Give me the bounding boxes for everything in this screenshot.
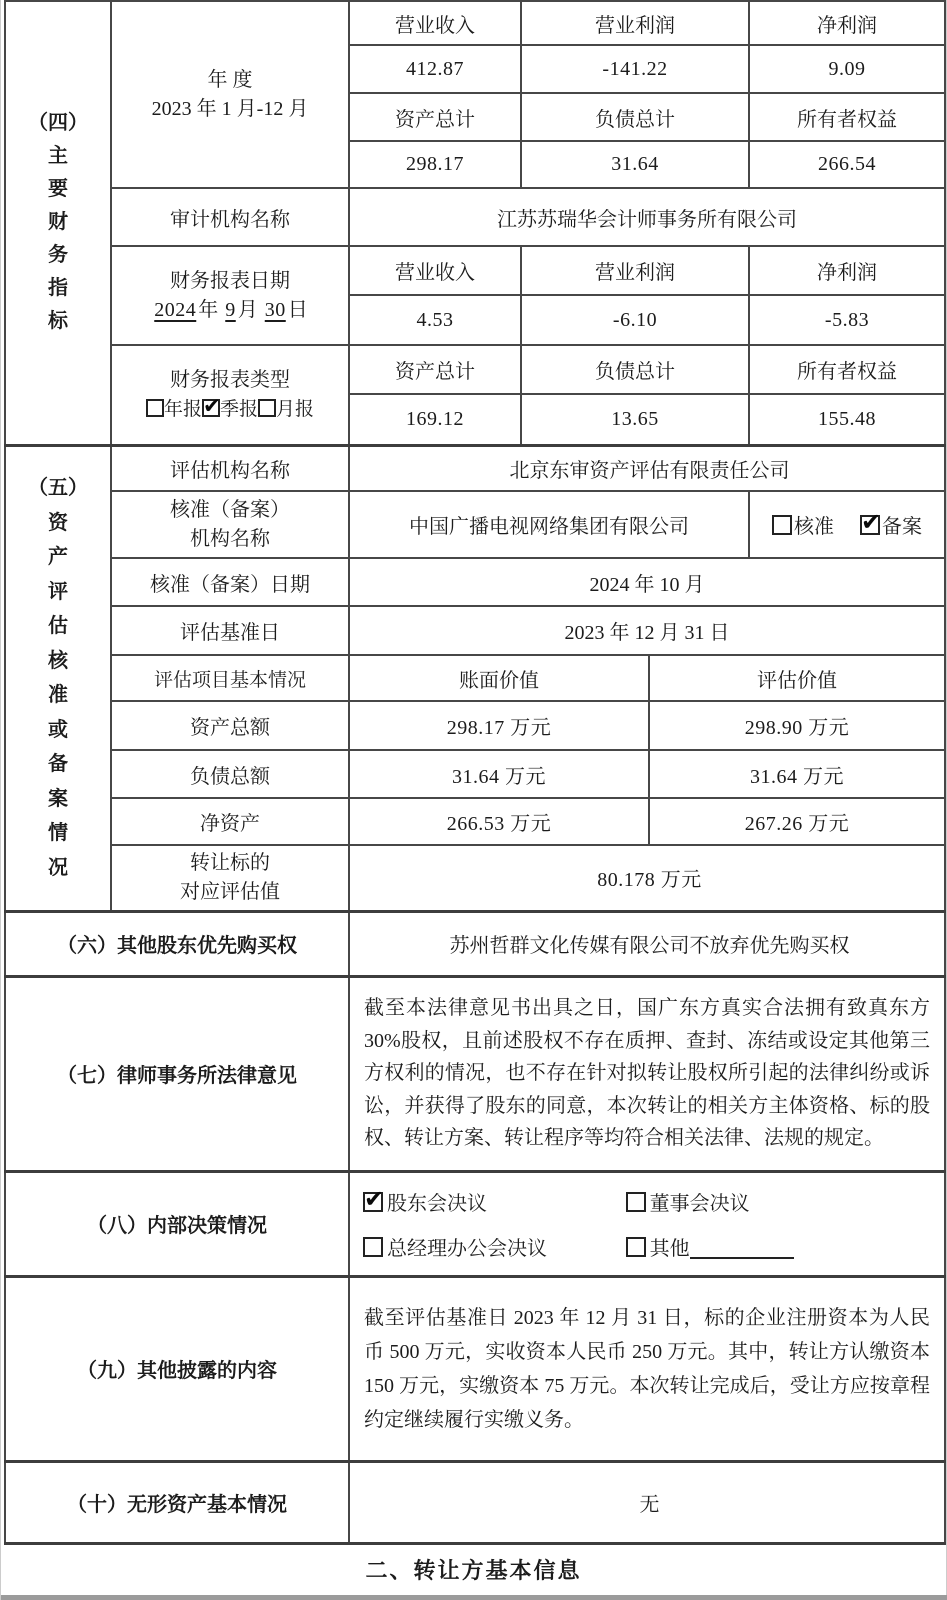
- decision-option-gm-office: 总经理办公会决议: [363, 1232, 626, 1261]
- annual-net-profit-value: 9.09: [749, 45, 945, 93]
- monthly-report-option-label: 月报: [276, 399, 314, 420]
- section6-value: 苏州哲群文化传媒有限公司不放弃优先购买权: [349, 911, 945, 976]
- valuation-base-date-value: 2023 年 12 月 31 日: [349, 606, 945, 655]
- annual-revenue-value: 412.87: [349, 45, 521, 93]
- section10-label: （十）无形资产基本情况: [5, 1461, 349, 1543]
- section6-label: （六）其他股东优先购买权: [5, 911, 349, 976]
- approval-date-label: 核准（备案）日期: [111, 558, 349, 606]
- section4-label-text: （四） 主 要 财 务 指 标: [6, 107, 110, 338]
- section9-label: （九）其他披露的内容: [5, 1276, 349, 1461]
- report-date-value: 2024年 9月 30日: [112, 296, 348, 325]
- annual-operating-profit-value: -141.22: [521, 45, 749, 93]
- beian-checkbox[interactable]: [860, 515, 880, 535]
- assessed-value-header: 评估价值: [649, 655, 945, 701]
- total-liabilities-row-label: 负债总额: [111, 750, 349, 798]
- header-revenue: 营业收入: [349, 1, 521, 45]
- total-assets-assessed-value: 298.90 万元: [649, 701, 945, 750]
- transfer-target-label: 转让标的 对应评估值: [111, 845, 349, 911]
- interim-owners-equity-value: 155.48: [749, 394, 945, 445]
- total-liabilities-assessed-value: 31.64 万元: [649, 750, 945, 798]
- audit-agency-label: 审计机构名称: [111, 188, 349, 246]
- annual-total-assets-value: 298.17: [349, 141, 521, 188]
- header-owners-equity: 所有者权益: [749, 93, 945, 141]
- annual-report-option-label: 年报: [164, 399, 202, 420]
- other-blank-line: [690, 1239, 794, 1259]
- report-date-cell: 财务报表日期 2024年 9月 30日: [111, 246, 349, 345]
- header-operating-profit-2: 营业利润: [521, 246, 749, 295]
- decision-option-board: 董事会决议: [626, 1187, 934, 1216]
- section10-value: 无: [349, 1461, 945, 1543]
- approval-date-value: 2024 年 10 月: [349, 558, 945, 606]
- total-assets-book-value: 298.17 万元: [349, 701, 649, 750]
- annual-period-line2: 2023 年 1 月-12 月: [112, 95, 348, 124]
- document-page: （四） 主 要 财 务 指 标 年 度 2023 年 1 月-12 月 营业收入…: [0, 0, 947, 1600]
- header-total-assets-2: 资产总计: [349, 345, 521, 394]
- section8-label: （八）内部决策情况: [5, 1171, 349, 1276]
- interim-operating-profit-value: -6.10: [521, 295, 749, 345]
- approval-org-label: 核准（备案） 机构名称: [111, 491, 349, 558]
- annual-report-checkbox[interactable]: [146, 399, 164, 417]
- annual-period-cell: 年 度 2023 年 1 月-12 月: [111, 1, 349, 188]
- monthly-report-checkbox[interactable]: [258, 399, 276, 417]
- header-revenue-2: 营业收入: [349, 246, 521, 295]
- report-type-label: 财务报表类型: [112, 366, 348, 395]
- appraisal-agency-label: 评估机构名称: [111, 445, 349, 491]
- report-type-cell: 财务报表类型 年报季报月报: [111, 345, 349, 445]
- audit-agency-value: 江苏苏瑞华会计师事务所有限公司: [349, 188, 945, 246]
- annual-owners-equity-value: 266.54: [749, 141, 945, 188]
- other-resolution-checkbox[interactable]: [626, 1237, 646, 1257]
- decision-options: 股东会决议 董事会决议 总经理办公会决议 其他: [350, 1173, 944, 1275]
- other-disclosure-text: 截至评估基准日 2023 年 12 月 31 日，标的企业注册资本为人民币 50…: [350, 1291, 944, 1447]
- approval-org-value: 中国广播电视网络集团有限公司: [349, 491, 749, 558]
- section5-label-text: （五） 资 产 评 估 核 准 或 备 案 情 况: [6, 471, 110, 885]
- section5-number: （五）: [28, 471, 88, 506]
- header-total-assets: 资产总计: [349, 93, 521, 141]
- header-total-liabilities-2: 负债总计: [521, 345, 749, 394]
- quarterly-report-checkbox[interactable]: [202, 399, 220, 417]
- report-year: 2024: [152, 299, 198, 321]
- gm-office-resolution-checkbox[interactable]: [363, 1237, 383, 1257]
- next-section-title: 二、转让方基本信息: [1, 1545, 946, 1595]
- header-operating-profit: 营业利润: [521, 1, 749, 45]
- board-resolution-checkbox[interactable]: [626, 1192, 646, 1212]
- disclosure-table: （四） 主 要 财 务 指 标 年 度 2023 年 1 月-12 月 营业收入…: [4, 0, 946, 1545]
- total-liabilities-book-value: 31.64 万元: [349, 750, 649, 798]
- approval-type-cell: 核准备案: [749, 491, 945, 558]
- header-total-liabilities: 负债总计: [521, 93, 749, 141]
- appraisal-agency-value: 北京东审资产评估有限责任公司: [349, 445, 945, 491]
- header-net-profit: 净利润: [749, 1, 945, 45]
- net-assets-book-value: 266.53 万元: [349, 798, 649, 845]
- section4-label: （四） 主 要 财 务 指 标: [5, 1, 111, 445]
- decision-option-shareholders: 股东会决议: [363, 1187, 626, 1216]
- report-date-label: 财务报表日期: [112, 267, 348, 296]
- section7-value-cell: 截至本法律意见书出具之日，国广东方真实合法拥有致真东方 30%股权，且前述股权不…: [349, 976, 945, 1171]
- section9-value-cell: 截至评估基准日 2023 年 12 月 31 日，标的企业注册资本为人民币 50…: [349, 1276, 945, 1461]
- net-assets-row-label: 净资产: [111, 798, 349, 845]
- hezhun-option-label: 核准: [794, 516, 834, 538]
- interim-net-profit-value: -5.83: [749, 295, 945, 345]
- section8-options-cell: 股东会决议 董事会决议 总经理办公会决议 其他: [349, 1171, 945, 1276]
- report-day: 30: [263, 299, 288, 321]
- section5-label: （五） 资 产 评 估 核 准 或 备 案 情 况: [5, 445, 111, 911]
- valuation-items-label: 评估项目基本情况: [111, 655, 349, 701]
- quarterly-report-option-label: 季报: [220, 399, 258, 420]
- annual-period-line1: 年 度: [112, 66, 348, 95]
- interim-total-assets-value: 169.12: [349, 394, 521, 445]
- header-owners-equity-2: 所有者权益: [749, 345, 945, 394]
- interim-total-liabilities-value: 13.65: [521, 394, 749, 445]
- shareholders-resolution-checkbox[interactable]: [363, 1192, 383, 1212]
- book-value-header: 账面价值: [349, 655, 649, 701]
- net-assets-assessed-value: 267.26 万元: [649, 798, 945, 845]
- section4-number: （四）: [28, 107, 88, 140]
- annual-total-liabilities-value: 31.64: [521, 141, 749, 188]
- decision-option-other: 其他: [626, 1232, 934, 1261]
- report-type-options: 年报季报月报: [112, 395, 348, 424]
- next-table-top-edge: [1, 1595, 947, 1600]
- transfer-target-value: 80.178 万元: [349, 845, 945, 911]
- section7-label: （七）律师事务所法律意见: [5, 976, 349, 1171]
- valuation-base-date-label: 评估基准日: [111, 606, 349, 655]
- report-month: 9: [223, 299, 238, 321]
- hezhun-checkbox[interactable]: [772, 515, 792, 535]
- total-assets-row-label: 资产总额: [111, 701, 349, 750]
- header-net-profit-2: 净利润: [749, 246, 945, 295]
- interim-revenue-value: 4.53: [349, 295, 521, 345]
- beian-option-label: 备案: [882, 516, 922, 538]
- legal-opinion-text: 截至本法律意见书出具之日，国广东方真实合法拥有致真东方 30%股权，且前述股权不…: [350, 982, 944, 1165]
